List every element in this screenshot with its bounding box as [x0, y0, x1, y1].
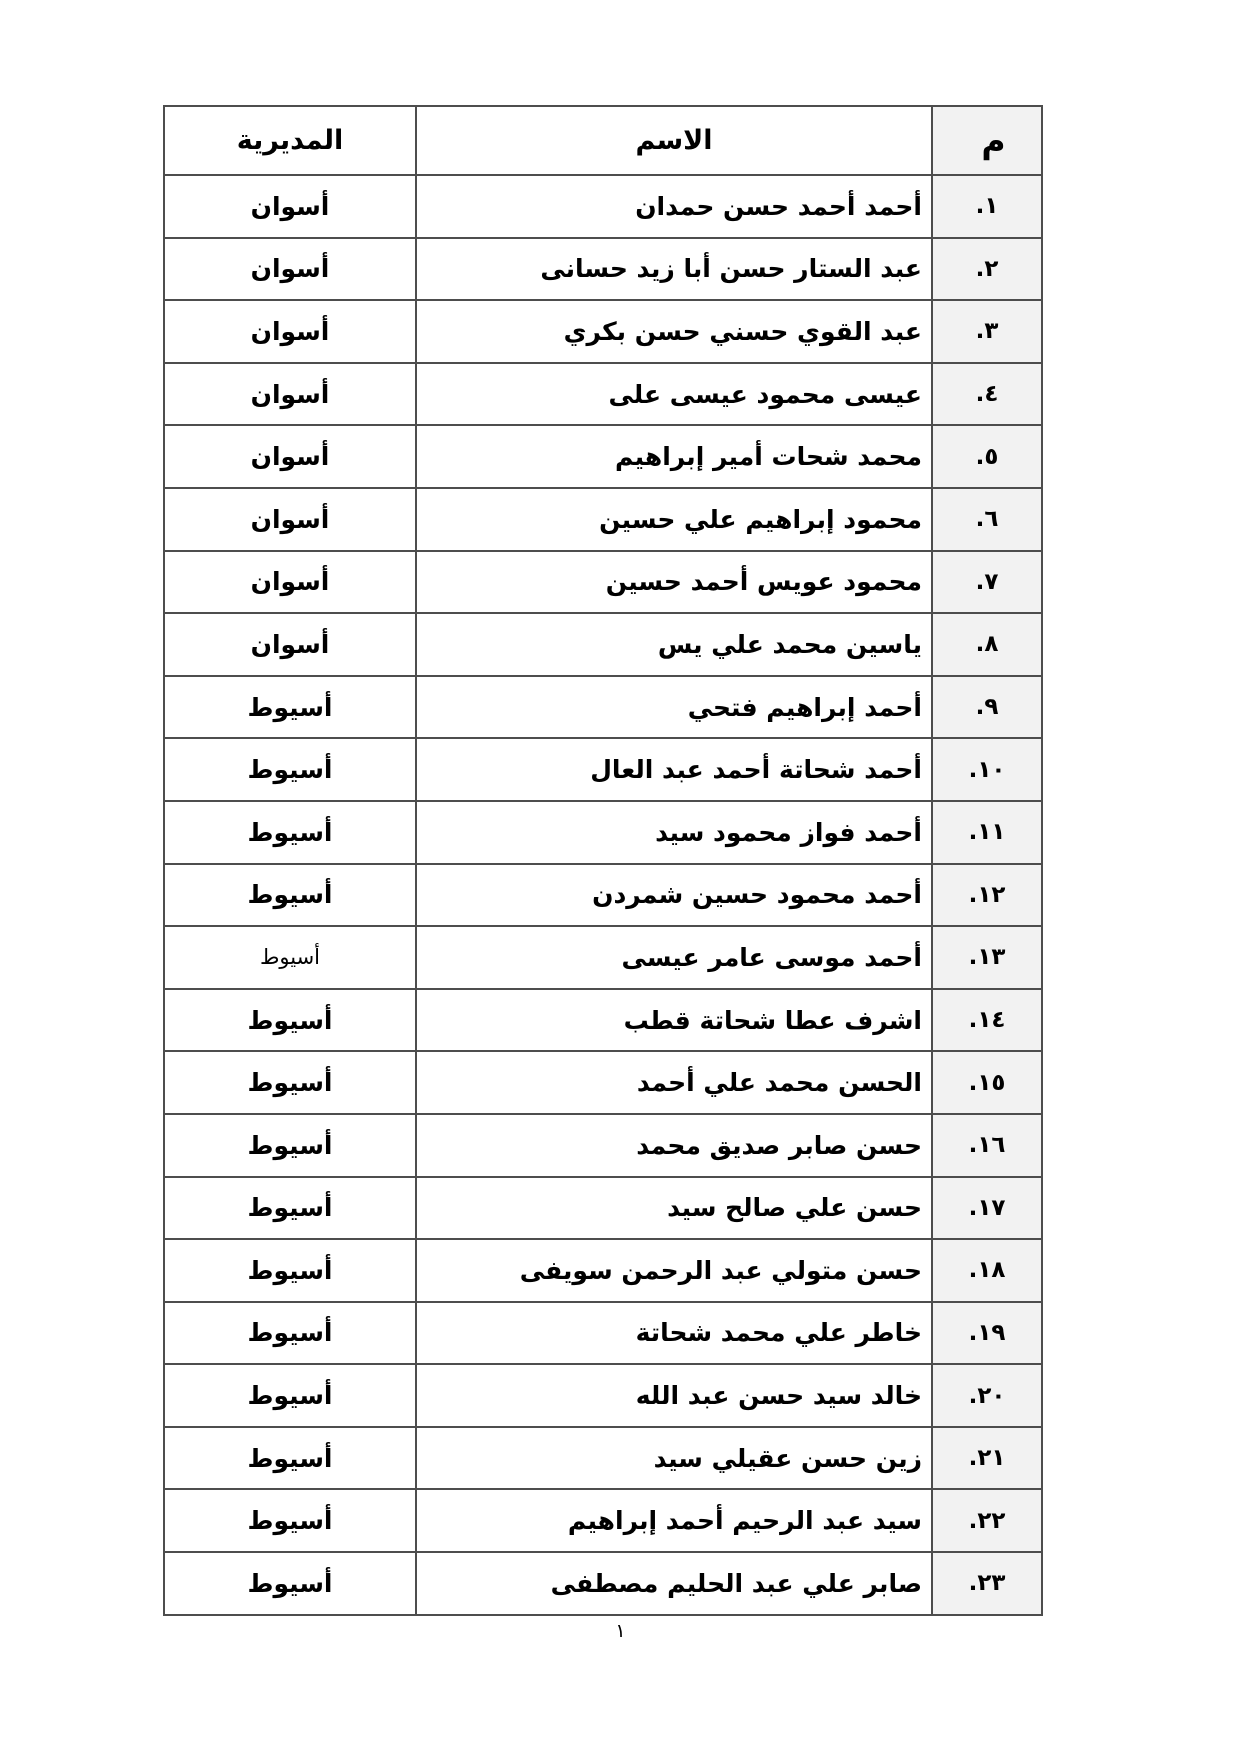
directorate-cell: أسوان: [164, 613, 416, 676]
directorate-cell: أسيوط: [164, 1177, 416, 1240]
name-cell: خاطر علي محمد شحاتة: [416, 1302, 932, 1365]
roster-table: م الاسم المديرية ١.أحمد أحمد حسن حمدانأس…: [163, 105, 1043, 1616]
row-number-cell: ١٠.: [932, 738, 1042, 801]
name-cell: سيد عبد الرحيم أحمد إبراهيم: [416, 1489, 932, 1552]
directorate-cell: أسيوط: [164, 1114, 416, 1177]
directorate-cell: أسيوط: [164, 1427, 416, 1490]
table-row: ٢١.زين حسن عقيلي سيدأسيوط: [164, 1427, 1042, 1490]
table-row: ١٤.اشرف عطا شحاتة قطبأسيوط: [164, 989, 1042, 1052]
name-cell: عبد الستار حسن أبا زيد حسانى: [416, 238, 932, 301]
directorate-cell: أسيوط: [164, 1364, 416, 1427]
name-cell: أحمد فواز محمود سيد: [416, 801, 932, 864]
table-row: ١٢.أحمد محمود حسين شمردنأسيوط: [164, 864, 1042, 927]
document-page: م الاسم المديرية ١.أحمد أحمد حسن حمدانأس…: [0, 0, 1241, 1755]
directorate-cell: أسيوط: [164, 1051, 416, 1114]
directorate-cell: أسوان: [164, 175, 416, 238]
directorate-cell: أسيوط: [164, 738, 416, 801]
row-number-cell: ١٩.: [932, 1302, 1042, 1365]
directorate-cell: أسيوط: [164, 1489, 416, 1552]
table-row: ٨.ياسين محمد علي يسأسوان: [164, 613, 1042, 676]
directorate-cell: أسيوط: [164, 676, 416, 739]
table-row: ٧.محمود عويس أحمد حسينأسوان: [164, 551, 1042, 614]
table-row: ١٩.خاطر علي محمد شحاتةأسيوط: [164, 1302, 1042, 1365]
row-number-cell: ١٢.: [932, 864, 1042, 927]
row-number-cell: ٨.: [932, 613, 1042, 676]
directorate-cell: أسيوط: [164, 1552, 416, 1615]
name-cell: خالد سيد حسن عبد الله: [416, 1364, 932, 1427]
table-row: ٢٠.خالد سيد حسن عبد اللهأسيوط: [164, 1364, 1042, 1427]
name-cell: عبد القوي حسني حسن بكري: [416, 300, 932, 363]
name-cell: محمد شحات أمير إبراهيم: [416, 425, 932, 488]
row-number-cell: ٢٢.: [932, 1489, 1042, 1552]
directorate-cell: أسوان: [164, 488, 416, 551]
row-number-cell: ٢١.: [932, 1427, 1042, 1490]
table-row: ٣.عبد القوي حسني حسن بكريأسوان: [164, 300, 1042, 363]
name-cell: أحمد أحمد حسن حمدان: [416, 175, 932, 238]
row-number-cell: ١٣.: [932, 926, 1042, 989]
name-cell: اشرف عطا شحاتة قطب: [416, 989, 932, 1052]
name-cell: حسن علي صالح سيد: [416, 1177, 932, 1240]
directorate-cell: أسيوط: [164, 801, 416, 864]
table-row: ٤.عيسى محمود عيسى علىأسوان: [164, 363, 1042, 426]
directorate-cell: أسوان: [164, 300, 416, 363]
row-number-cell: ١٧.: [932, 1177, 1042, 1240]
row-number-cell: ٢.: [932, 238, 1042, 301]
row-number-cell: ١٤.: [932, 989, 1042, 1052]
roster-table-body: ١.أحمد أحمد حسن حمدانأسوان٢.عبد الستار ح…: [164, 175, 1042, 1615]
name-cell: الحسن محمد علي أحمد: [416, 1051, 932, 1114]
row-number-cell: ١١.: [932, 801, 1042, 864]
table-row: ٢٢.سيد عبد الرحيم أحمد إبراهيمأسيوط: [164, 1489, 1042, 1552]
page-number: ١: [0, 1620, 1241, 1642]
directorate-cell: أسوان: [164, 425, 416, 488]
table-row: ٥.محمد شحات أمير إبراهيمأسوان: [164, 425, 1042, 488]
table-row: ١٨.حسن متولي عبد الرحمن سويفىأسيوط: [164, 1239, 1042, 1302]
table-row: ١.أحمد أحمد حسن حمدانأسوان: [164, 175, 1042, 238]
directorate-cell: أسيوط: [164, 1239, 416, 1302]
row-number-cell: ١٦.: [932, 1114, 1042, 1177]
row-number-cell: ٩.: [932, 676, 1042, 739]
name-cell: أحمد موسى عامر عيسى: [416, 926, 932, 989]
row-number-cell: ١٨.: [932, 1239, 1042, 1302]
table-row: ١٥.الحسن محمد علي أحمدأسيوط: [164, 1051, 1042, 1114]
name-cell: صابر علي عبد الحليم مصطفى: [416, 1552, 932, 1615]
table-header-row: م الاسم المديرية: [164, 106, 1042, 175]
directorate-cell: أسيوط: [164, 864, 416, 927]
row-number-cell: ٥.: [932, 425, 1042, 488]
table-row: ١٦.حسن صابر صديق محمدأسيوط: [164, 1114, 1042, 1177]
table-row: ٢٣.صابر علي عبد الحليم مصطفىأسيوط: [164, 1552, 1042, 1615]
name-cell: أحمد إبراهيم فتحي: [416, 676, 932, 739]
name-cell: أحمد شحاتة أحمد عبد العال: [416, 738, 932, 801]
row-number-cell: ٦.: [932, 488, 1042, 551]
table-row: ١٠.أحمد شحاتة أحمد عبد العالأسيوط: [164, 738, 1042, 801]
row-number-cell: ٢٣.: [932, 1552, 1042, 1615]
table-row: ٦.محمود إبراهيم علي حسينأسوان: [164, 488, 1042, 551]
name-cell: أحمد محمود حسين شمردن: [416, 864, 932, 927]
column-header-directorate: المديرية: [164, 106, 416, 175]
name-cell: حسن صابر صديق محمد: [416, 1114, 932, 1177]
table-row: ٩.أحمد إبراهيم فتحيأسيوط: [164, 676, 1042, 739]
row-number-cell: ٤.: [932, 363, 1042, 426]
row-number-cell: ٢٠.: [932, 1364, 1042, 1427]
row-number-cell: ٧.: [932, 551, 1042, 614]
directorate-cell: أسوان: [164, 551, 416, 614]
directorate-cell: أسيوط: [164, 1302, 416, 1365]
directorate-cell: أسوان: [164, 238, 416, 301]
name-cell: ياسين محمد علي يس: [416, 613, 932, 676]
row-number-cell: ١٥.: [932, 1051, 1042, 1114]
name-cell: محمود عويس أحمد حسين: [416, 551, 932, 614]
table-row: ١٣.أحمد موسى عامر عيسىأسيوط: [164, 926, 1042, 989]
column-header-name: الاسم: [416, 106, 932, 175]
table-row: ٢.عبد الستار حسن أبا زيد حسانىأسوان: [164, 238, 1042, 301]
row-number-cell: ١.: [932, 175, 1042, 238]
name-cell: حسن متولي عبد الرحمن سويفى: [416, 1239, 932, 1302]
table-row: ١٧.حسن علي صالح سيدأسيوط: [164, 1177, 1042, 1240]
directorate-cell: أسوان: [164, 363, 416, 426]
name-cell: عيسى محمود عيسى على: [416, 363, 932, 426]
column-header-number: م: [932, 106, 1042, 175]
directorate-cell: أسيوط: [164, 989, 416, 1052]
directorate-cell: أسيوط: [164, 926, 416, 989]
name-cell: محمود إبراهيم علي حسين: [416, 488, 932, 551]
row-number-cell: ٣.: [932, 300, 1042, 363]
table-row: ١١.أحمد فواز محمود سيدأسيوط: [164, 801, 1042, 864]
name-cell: زين حسن عقيلي سيد: [416, 1427, 932, 1490]
